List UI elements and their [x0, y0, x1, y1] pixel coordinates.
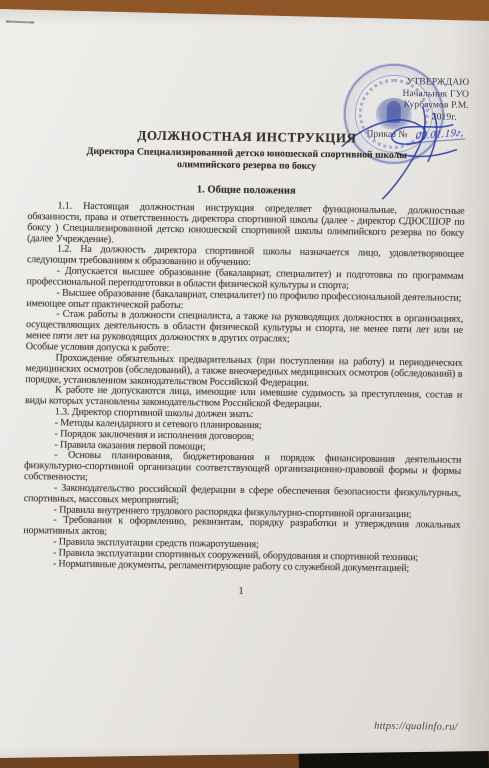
paragraph-list: 1.1. Настоящая должностная инструкция оп… [23, 201, 465, 575]
paragraph: 1.1. Настоящая должностная инструкция оп… [27, 201, 465, 250]
document-body: ДОЛЖНОСТНАЯ ИНСТРУКЦИЯ Директора Специал… [22, 126, 465, 599]
watermark-url: https://qualinfo.ru/ [374, 721, 458, 733]
section-heading: 1. Общие положения [28, 182, 465, 199]
staple-mark [6, 20, 34, 23]
stamp-eagle-emblem-icon [376, 98, 412, 130]
photo-background: УТВЕРЖДАЮ Начальник ГУО Курбаумов Р.М. 2… [0, 0, 489, 768]
page-number: 1 [22, 583, 459, 600]
page-content: УТВЕРЖДАЮ Начальник ГУО Курбаумов Р.М. 2… [0, 0, 489, 768]
document-page: УТВЕРЖДАЮ Начальник ГУО Курбаумов Р.М. 2… [0, 0, 489, 768]
